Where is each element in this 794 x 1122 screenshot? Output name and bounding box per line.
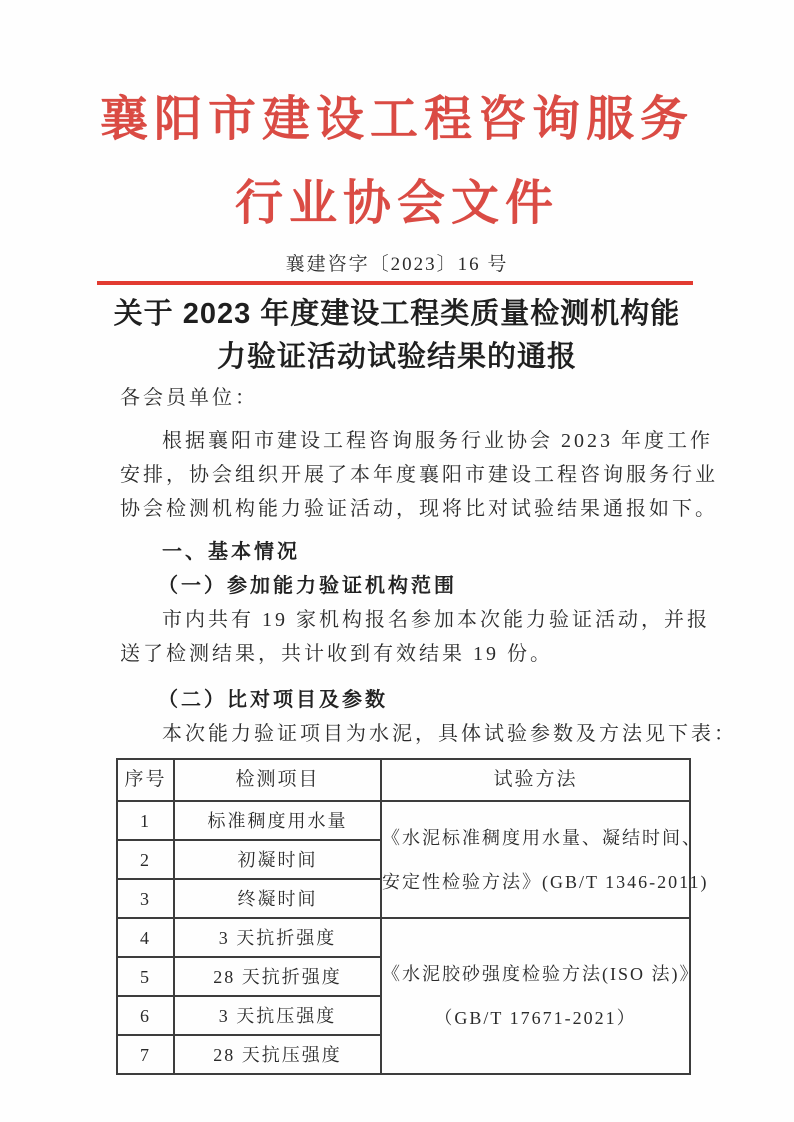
- paragraph-1-line-3: 协会检测机构能力验证活动，现将比对试验结果通报如下。: [120, 492, 710, 526]
- paragraph-2-line-2: 送了检测结果，共计收到有效结果 19 份。: [120, 637, 710, 671]
- test-method-cell-1: 《水泥标准稠度用水量、凝结时间、 安定性检验方法》(GB/T 1346-2011…: [381, 801, 690, 918]
- row-number-cell: 1: [117, 801, 174, 840]
- table-header-row: 序号 检测项目 试验方法: [117, 759, 690, 801]
- subsection-heading-1: （一）参加能力验证机构范围: [120, 569, 710, 603]
- methods-table: 序号 检测项目 试验方法 1 标准稠度用水量 《水泥标准稠度用水量、凝结时间、 …: [116, 758, 691, 1075]
- row-number-cell: 2: [117, 840, 174, 879]
- subsection-heading-2: （二）比对项目及参数: [120, 683, 710, 717]
- test-item-cell: 3 天抗折强度: [174, 918, 381, 957]
- paragraph-3: 本次能力验证项目为水泥，具体试验参数及方法见下表：: [120, 717, 710, 751]
- table-header-item: 检测项目: [174, 759, 381, 801]
- test-item-cell: 3 天抗压强度: [174, 996, 381, 1035]
- table-header-no: 序号: [117, 759, 174, 801]
- letterhead-org-line-1: 襄阳市建设工程咨询服务: [0, 78, 794, 162]
- document-page: 襄阳市建设工程咨询服务 行业协会文件 襄建咨字〔2023〕16 号 关于 202…: [0, 0, 794, 1122]
- table-header-method: 试验方法: [381, 759, 690, 801]
- letterhead-divider-rule: [97, 281, 693, 285]
- salutation: 各会员单位：: [120, 381, 710, 415]
- notice-title-line-2: 力验证活动试验结果的通报: [97, 336, 697, 379]
- table-row: 4 3 天抗折强度 《水泥胶砂强度检验方法(ISO 法)》 （GB/T 1767…: [117, 918, 690, 957]
- table-row: 1 标准稠度用水量 《水泥标准稠度用水量、凝结时间、 安定性检验方法》(GB/T…: [117, 801, 690, 840]
- notice-title: 关于 2023 年度建设工程类质量检测机构能 力验证活动试验结果的通报: [97, 293, 697, 379]
- paragraph-1-line-1: 根据襄阳市建设工程咨询服务行业协会 2023 年度工作: [120, 424, 710, 458]
- test-item-cell: 28 天抗折强度: [174, 957, 381, 996]
- test-item-cell: 初凝时间: [174, 840, 381, 879]
- row-number-cell: 6: [117, 996, 174, 1035]
- document-number: 襄建咨字〔2023〕16 号: [0, 249, 794, 276]
- paragraph-2-line-1: 市内共有 19 家机构报名参加本次能力验证活动，并报: [120, 603, 710, 637]
- method-2-line-2: （GB/T 17671-2021）: [382, 996, 689, 1040]
- row-number-cell: 7: [117, 1035, 174, 1074]
- test-item-cell: 28 天抗压强度: [174, 1035, 381, 1074]
- test-item-cell: 终凝时间: [174, 879, 381, 918]
- row-number-cell: 5: [117, 957, 174, 996]
- document-body: 各会员单位： 根据襄阳市建设工程咨询服务行业协会 2023 年度工作 安排，协会…: [120, 381, 710, 1075]
- letterhead: 襄阳市建设工程咨询服务 行业协会文件: [0, 78, 794, 246]
- row-number-cell: 3: [117, 879, 174, 918]
- method-1-line-1: 《水泥标准稠度用水量、凝结时间、: [382, 816, 689, 860]
- test-item-cell: 标准稠度用水量: [174, 801, 381, 840]
- method-1-line-2: 安定性检验方法》(GB/T 1346-2011): [382, 860, 689, 904]
- test-method-cell-2: 《水泥胶砂强度检验方法(ISO 法)》 （GB/T 17671-2021）: [381, 918, 690, 1074]
- paragraph-1-line-2: 安排，协会组织开展了本年度襄阳市建设工程咨询服务行业: [120, 458, 710, 492]
- letterhead-org-line-2: 行业协会文件: [0, 162, 794, 246]
- notice-title-line-1: 关于 2023 年度建设工程类质量检测机构能: [97, 293, 697, 336]
- method-2-line-1: 《水泥胶砂强度检验方法(ISO 法)》: [382, 952, 689, 996]
- section-heading-1: 一、基本情况: [120, 535, 710, 569]
- row-number-cell: 4: [117, 918, 174, 957]
